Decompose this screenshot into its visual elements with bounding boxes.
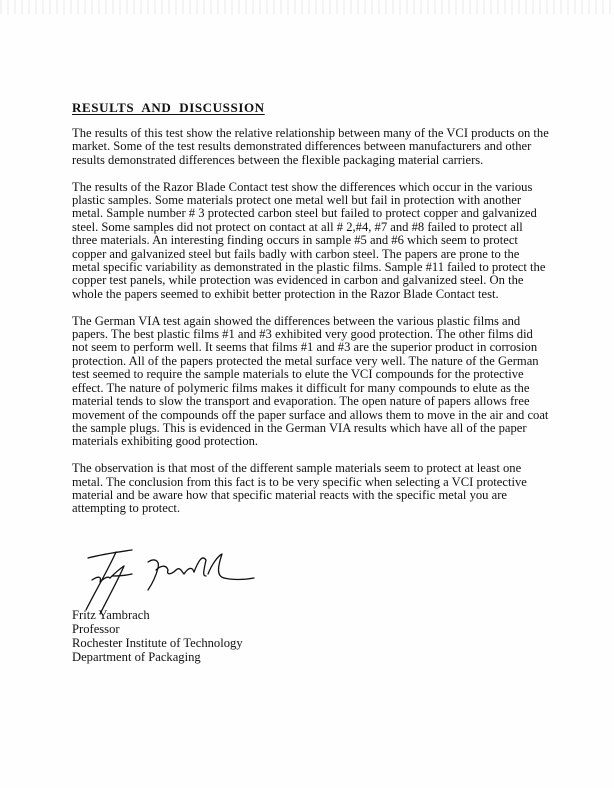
signer-institution: Rochester Institute of Technology	[72, 636, 243, 650]
scan-noise	[0, 0, 614, 14]
paragraph-razor-blade: The results of the Razor Blade Contact t…	[72, 181, 550, 302]
signer-title: Professor	[72, 622, 243, 636]
signature-block: Fritz Yambrach Professor Rochester Insti…	[72, 608, 243, 664]
signer-department: Department of Packaging	[72, 650, 243, 664]
document-body: The results of this test show the relati…	[72, 127, 550, 529]
paragraph-intro: The results of this test show the relati…	[72, 127, 550, 167]
paragraph-conclusion: The observation is that most of the diff…	[72, 462, 550, 516]
document-page: RESULTS AND DISCUSSION The results of th…	[0, 0, 614, 788]
signer-name: Fritz Yambrach	[72, 608, 243, 622]
paragraph-german-via: The German VIA test again showed the dif…	[72, 315, 550, 449]
section-heading: RESULTS AND DISCUSSION	[72, 100, 265, 116]
